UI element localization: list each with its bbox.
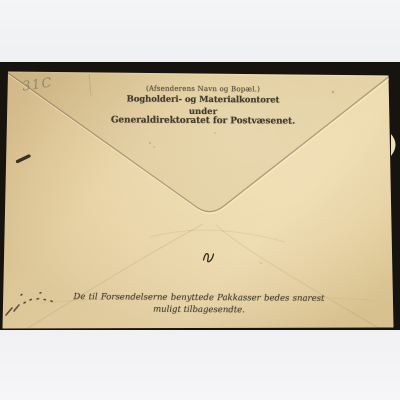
envelope-photo: 31C [0,62,400,330]
auction-photo: 31C [0,0,400,400]
envelope-artwork: 31C [0,62,400,330]
backdrop-top [0,0,400,62]
backdrop-bottom [0,330,400,400]
edge-notch [391,134,396,156]
